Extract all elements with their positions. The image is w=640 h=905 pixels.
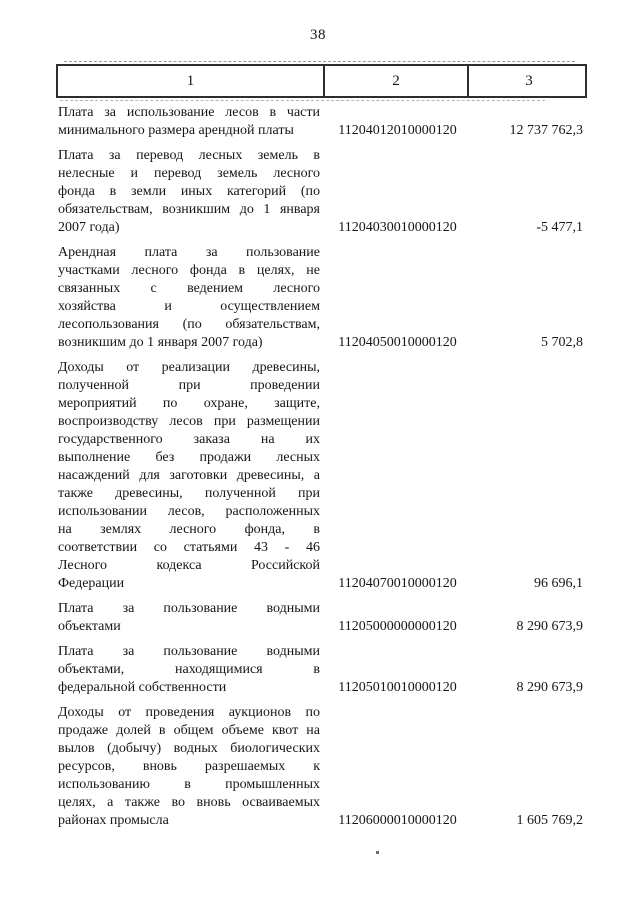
row-description: Плата за пользование воднымиобъектами (58, 600, 320, 636)
description-line: объектами (58, 618, 320, 636)
description-line: обязательствам, возникшим до 1 января (58, 201, 320, 219)
description-line: Доходы от проведения аукционов по (58, 704, 320, 722)
row-amount: 96 696,1 (467, 575, 583, 593)
revenue-table-body: Плата за использование лесов в частимини… (0, 104, 640, 837)
row-budget-code: 11205000000000120 (320, 618, 467, 636)
description-line: федеральной собственности (58, 679, 320, 697)
description-line: соответствии со статьями 43 - 46 (58, 539, 320, 557)
description-line: Плата за пользование водными (58, 600, 320, 618)
description-line: воспроизводству лесов при размещении (58, 413, 320, 431)
row-budget-code: 11204012010000120 (320, 122, 467, 140)
description-line: лесопользования (по обязательствам, (58, 316, 320, 334)
description-line: хозяйства и осуществлением (58, 298, 320, 316)
table-header-col-3: 3 (469, 66, 589, 96)
table-row: Доходы от проведения аукционов попродаже… (58, 704, 640, 830)
description-line: Лесного кодекса Российской (58, 557, 320, 575)
description-line: ресурсов, вновь разрешаемых к (58, 758, 320, 776)
table-row: Плата за использование лесов в частимини… (58, 104, 640, 140)
description-line: выполнение без продажи лесных (58, 449, 320, 467)
row-description: Доходы от реализации древесины,полученно… (58, 359, 320, 593)
description-line: районах промысла (58, 812, 320, 830)
row-budget-code: 11204030010000120 (320, 219, 467, 237)
row-budget-code: 11205010010000120 (320, 679, 467, 697)
description-line: нелесные и перевод земель лесного (58, 165, 320, 183)
table-row: Доходы от реализации древесины,полученно… (58, 359, 640, 593)
row-description: Арендная плата за пользованиеучастками л… (58, 244, 320, 352)
row-description: Плата за использование лесов в частимини… (58, 104, 320, 140)
description-line: также древесины, полученной при (58, 485, 320, 503)
description-line: фонда в земли иных категорий (по (58, 183, 320, 201)
row-amount: -5 477,1 (467, 219, 583, 237)
page-number: 38 (0, 27, 636, 44)
table-row: Арендная плата за пользованиеучастками л… (58, 244, 640, 352)
table-header: 1 2 3 (56, 64, 587, 98)
description-line: вылов (добычу) водных биологических (58, 740, 320, 758)
description-line: объектами, находящимися в (58, 661, 320, 679)
row-budget-code: 11204050010000120 (320, 334, 467, 352)
description-line: использованию в промышленных (58, 776, 320, 794)
description-line: Доходы от реализации древесины, (58, 359, 320, 377)
description-line: полученной при проведении (58, 377, 320, 395)
description-line: продаже долей в общем объеме квот на (58, 722, 320, 740)
row-amount: 1 605 769,2 (467, 812, 583, 830)
description-line: Плата за пользование водными (58, 643, 320, 661)
table-row: Плата за перевод лесных земель внелесные… (58, 147, 640, 237)
description-line: Плата за перевод лесных земель в (58, 147, 320, 165)
description-line: мероприятий по охране, защите, (58, 395, 320, 413)
row-amount: 12 737 762,3 (467, 122, 583, 140)
description-line: на землях лесного фонда, в (58, 521, 320, 539)
description-line: возникшим до 1 января 2007 года) (58, 334, 320, 352)
description-line: целях, а также во вновь осваиваемых (58, 794, 320, 812)
row-amount: 8 290 673,9 (467, 618, 583, 636)
description-line: государственного заказа на их (58, 431, 320, 449)
description-line: 2007 года) (58, 219, 320, 237)
table-header-col-1: 1 (58, 66, 325, 96)
row-description: Плата за перевод лесных земель внелесные… (58, 147, 320, 237)
description-line: участками лесного фонда в целях, не (58, 262, 320, 280)
table-row: Плата за пользование воднымиобъектами112… (58, 600, 640, 636)
row-amount: 8 290 673,9 (467, 679, 583, 697)
table-row: Плата за пользование воднымиобъектами, н… (58, 643, 640, 697)
description-line: использовании лесов, расположенных (58, 503, 320, 521)
row-budget-code: 11204070010000120 (320, 575, 467, 593)
description-line: Плата за использование лесов в части (58, 104, 320, 122)
description-line: Федерации (58, 575, 320, 593)
table-header-col-2: 2 (325, 66, 469, 96)
row-budget-code: 11206000010000120 (320, 812, 467, 830)
row-description: Доходы от проведения аукционов попродаже… (58, 704, 320, 830)
row-description: Плата за пользование воднымиобъектами, н… (58, 643, 320, 697)
scan-artifact-dot (376, 851, 379, 854)
description-line: связанных с ведением лесного (58, 280, 320, 298)
description-line: насаждений для заготовки древесины, а (58, 467, 320, 485)
description-line: минимального размера арендной платы (58, 122, 320, 140)
row-amount: 5 702,8 (467, 334, 583, 352)
description-line: Арендная плата за пользование (58, 244, 320, 262)
